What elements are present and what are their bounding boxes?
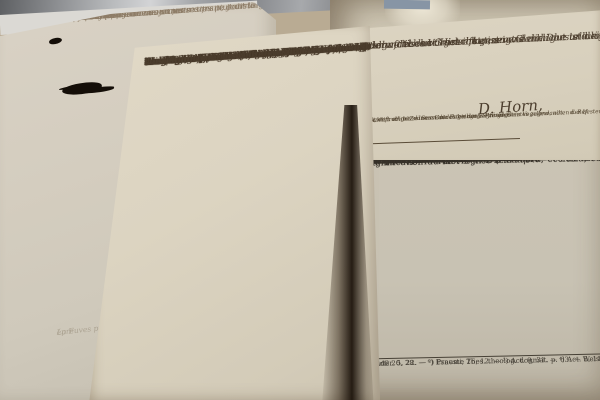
background-sliver (384, 0, 430, 9)
note-underline-stroke (348, 138, 520, 145)
faint-line: épreuves pu (56, 321, 104, 339)
handwritten-line: Das ist nötig u. bis p. 32. ... (144, 47, 280, 70)
note-lines: ten in dogmatischer Hinsicht, ist verdan… (338, 29, 600, 42)
note-small-script: Oberconsistorialrath bei d. Session des … (340, 108, 600, 119)
handwritten-line: H. Dr. Horn, dem er mit seinem Gutachten… (340, 109, 589, 125)
photo-of-documents: La signification du mot Église (ἐκκλησία… (0, 0, 600, 400)
